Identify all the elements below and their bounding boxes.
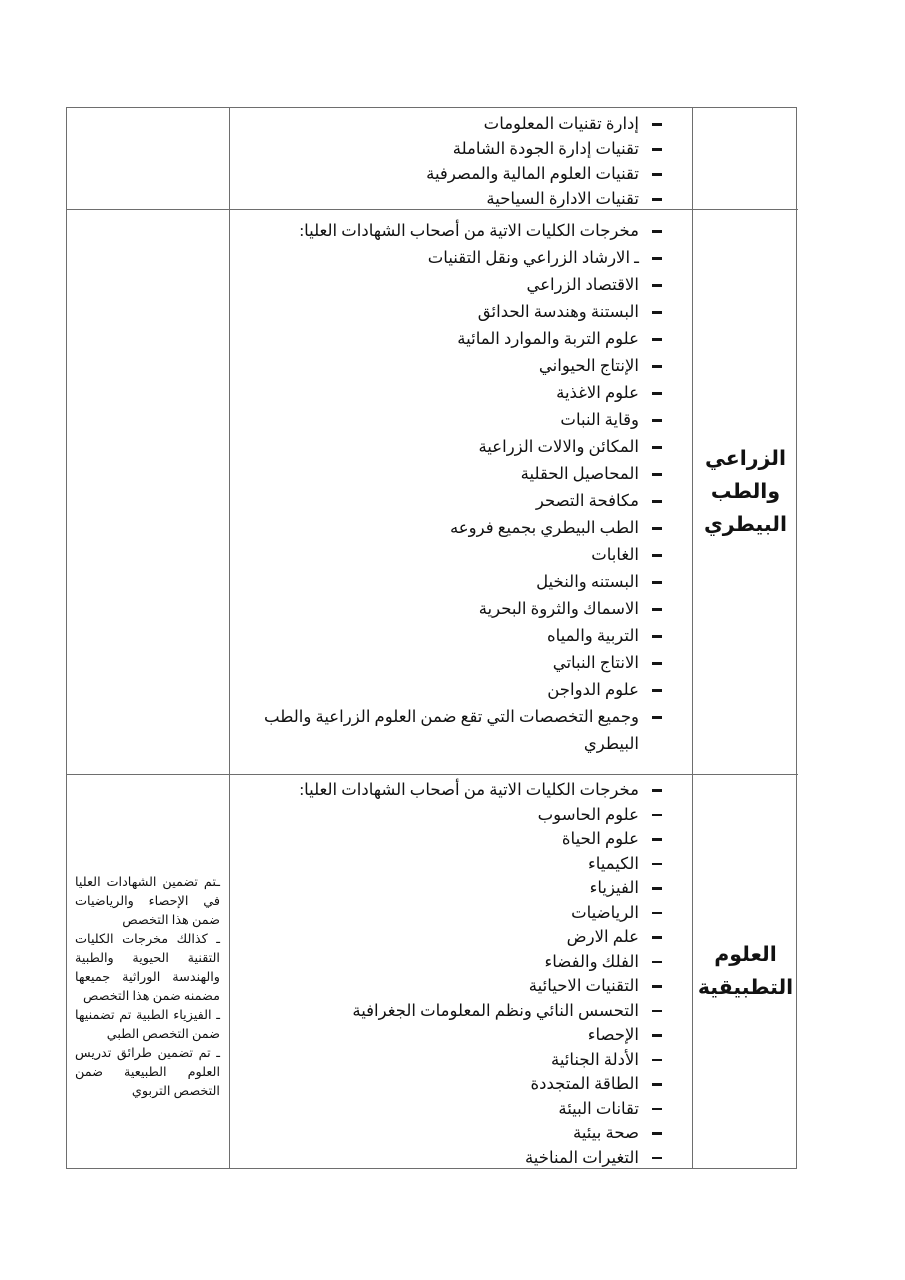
bullet-dash-icon	[652, 311, 662, 314]
list-item-text: مكافحة التصحر	[240, 487, 639, 514]
list-item-text: الاسماك والثروة البحرية	[240, 595, 639, 622]
bullet-dash-icon	[652, 789, 662, 792]
note-paragraph: ـ كذالك مخرجات الكليات التقنية الحيوية و…	[75, 930, 220, 1006]
list-item: علوم التربة والموارد المائية	[230, 325, 692, 352]
list-item-text: الطاقة المتجددة	[240, 1072, 639, 1097]
list-item-text: الكيمياء	[240, 852, 639, 877]
bullet-dash-icon	[652, 527, 662, 530]
list-item: الاقتصاد الزراعي	[230, 271, 692, 298]
list-item-text: الفيزياء	[240, 876, 639, 901]
list-item-text: تقنيات الادارة السياحية	[240, 186, 639, 209]
list-item-text: علوم الحياة	[240, 827, 639, 852]
list-item: وقاية النبات	[230, 406, 692, 433]
specializations-list: إدارة تقنيات المعلوماتتقنيات إدارة الجود…	[229, 108, 692, 209]
list-item: الطب البيطري بجميع فروعه	[230, 514, 692, 541]
list-item: علوم الدواجن	[230, 676, 692, 703]
list-item: مخرجات الكليات الاتية من أصحاب الشهادات …	[230, 217, 692, 244]
list-item: تقانات البيئة	[230, 1097, 692, 1122]
bullet-dash-icon	[652, 936, 662, 939]
list-item: الغابات	[230, 541, 692, 568]
bullet-dash-icon	[652, 392, 662, 395]
list-item-text: علوم الاغذية	[240, 379, 639, 406]
list-item: المحاصيل الحقلية	[230, 460, 692, 487]
list-item-text: التربية والمياه	[240, 622, 639, 649]
list-item-text: صحة بيئية	[240, 1121, 639, 1146]
note-cell	[67, 209, 229, 774]
list-item: الكيمياء	[230, 852, 692, 877]
list-item: الرياضيات	[230, 901, 692, 926]
bullet-dash-icon	[652, 1059, 662, 1062]
bullet-dash-icon	[652, 1083, 662, 1086]
list-item: البستنة وهندسة الحدائق	[230, 298, 692, 325]
list-item-text: التقنيات الاحيائية	[240, 974, 639, 999]
bullet-dash-icon	[652, 1108, 662, 1111]
list-item: التقنيات الاحيائية	[230, 974, 692, 999]
category-cell	[692, 108, 798, 209]
bullet-dash-icon	[652, 814, 662, 817]
bullet-dash-icon	[652, 581, 662, 584]
bullet-dash-icon	[652, 123, 662, 126]
list-item: الأدلة الجنائية	[230, 1048, 692, 1073]
bullet-dash-icon	[652, 716, 662, 719]
list-item-text: علم الارض	[240, 925, 639, 950]
bullet-dash-icon	[652, 689, 662, 692]
list-item-text: الإنتاج الحيواني	[240, 352, 639, 379]
note-text-block: ـتم تضمين الشهادات العليا في الإحصاء وال…	[67, 873, 229, 1101]
list-item-text: الإحصاء	[240, 1023, 639, 1048]
list-item-text: الطب البيطري بجميع فروعه	[240, 514, 639, 541]
note-paragraph: ـ الفيزياء الطبية تم تضمنيها ضمن التخصص …	[75, 1006, 220, 1044]
note-paragraph: ـ تم تضمين طرائق تدريس العلوم الطبيعية ض…	[75, 1044, 220, 1101]
list-item-text: المكائن والالات الزراعية	[240, 433, 639, 460]
bullet-dash-icon	[652, 912, 662, 915]
qualifications-table: إدارة تقنيات المعلوماتتقنيات إدارة الجود…	[66, 107, 797, 1169]
bullet-dash-icon	[652, 1132, 662, 1135]
specializations-list: مخرجات الكليات الاتية من أصحاب الشهادات …	[229, 209, 692, 774]
bullet-dash-icon	[652, 1157, 662, 1160]
list-item-text: وقاية النبات	[240, 406, 639, 433]
list-item: علوم الحاسوب	[230, 803, 692, 828]
list-item: الطاقة المتجددة	[230, 1072, 692, 1097]
bullet-dash-icon	[652, 1010, 662, 1013]
category-cell: العلوم التطبيقية	[692, 774, 798, 1168]
list-item: الإحصاء	[230, 1023, 692, 1048]
list-item-text: الفلك والفضاء	[240, 950, 639, 975]
list-item-text: علوم الحاسوب	[240, 803, 639, 828]
bullet-dash-icon	[652, 554, 662, 557]
list-item: علوم الحياة	[230, 827, 692, 852]
list-item-text: علوم التربة والموارد المائية	[240, 325, 639, 352]
list-item-text: الأدلة الجنائية	[240, 1048, 639, 1073]
list-item: الانتاج النباتي	[230, 649, 692, 676]
list-item-text: الرياضيات	[240, 901, 639, 926]
bullet-dash-icon	[652, 608, 662, 611]
list-item: التحسس النائي ونظم المعلومات الجغرافية	[230, 999, 692, 1024]
list-item-text: البستنه والنخيل	[240, 568, 639, 595]
list-item-text: تقانات البيئة	[240, 1097, 639, 1122]
list-item-text: الغابات	[240, 541, 639, 568]
list-item-text: مخرجات الكليات الاتية من أصحاب الشهادات …	[240, 217, 639, 244]
note-cell	[67, 108, 229, 209]
list-item: تقنيات إدارة الجودة الشاملة	[230, 136, 692, 161]
note-cell: ـتم تضمين الشهادات العليا في الإحصاء وال…	[67, 774, 229, 1168]
list-item-text: البستنة وهندسة الحدائق	[240, 298, 639, 325]
bullet-dash-icon	[652, 985, 662, 988]
bullet-dash-icon	[652, 419, 662, 422]
category-label: الزراعي والطب البيطري	[693, 443, 798, 542]
list-item: تقنيات الادارة السياحية	[230, 186, 692, 209]
bullet-dash-icon	[652, 338, 662, 341]
category-label: العلوم التطبيقية	[692, 939, 798, 1005]
bullet-dash-icon	[652, 1034, 662, 1037]
list-item: صحة بيئية	[230, 1121, 692, 1146]
list-item-text: وجميع التخصصات التي تقع ضمن العلوم الزرا…	[240, 703, 639, 757]
list-item: وجميع التخصصات التي تقع ضمن العلوم الزرا…	[230, 703, 692, 757]
list-item: علوم الاغذية	[230, 379, 692, 406]
list-item-text: التغيرات المناخية	[240, 1146, 639, 1169]
list-item: علم الارض	[230, 925, 692, 950]
list-item-text: الاقتصاد الزراعي	[240, 271, 639, 298]
bullet-dash-icon	[652, 662, 662, 665]
bullet-dash-icon	[652, 198, 662, 201]
bullet-dash-icon	[652, 446, 662, 449]
list-item-text: ـ الارشاد الزراعي ونقل التقنيات	[240, 244, 639, 271]
list-item: ـ الارشاد الزراعي ونقل التقنيات	[230, 244, 692, 271]
list-item: الفلك والفضاء	[230, 950, 692, 975]
list-item: المكائن والالات الزراعية	[230, 433, 692, 460]
bullet-dash-icon	[652, 148, 662, 151]
list-item: تقنيات العلوم المالية والمصرفية	[230, 161, 692, 186]
list-item-text: تقنيات إدارة الجودة الشاملة	[240, 136, 639, 161]
bullet-dash-icon	[652, 635, 662, 638]
bullet-dash-icon	[652, 473, 662, 476]
list-item-text: علوم الدواجن	[240, 676, 639, 703]
list-item: إدارة تقنيات المعلومات	[230, 111, 692, 136]
specializations-list: مخرجات الكليات الاتية من أصحاب الشهادات …	[229, 774, 692, 1168]
list-item: التغيرات المناخية	[230, 1146, 692, 1169]
list-item-text: المحاصيل الحقلية	[240, 460, 639, 487]
bullet-dash-icon	[652, 961, 662, 964]
list-item: الفيزياء	[230, 876, 692, 901]
bullet-dash-icon	[652, 887, 662, 890]
note-paragraph: ـتم تضمين الشهادات العليا في الإحصاء وال…	[75, 873, 220, 930]
list-item: الاسماك والثروة البحرية	[230, 595, 692, 622]
bullet-dash-icon	[652, 230, 662, 233]
bullet-dash-icon	[652, 365, 662, 368]
list-item-text: إدارة تقنيات المعلومات	[240, 111, 639, 136]
bullet-dash-icon	[652, 838, 662, 841]
bullet-dash-icon	[652, 500, 662, 503]
list-item: التربية والمياه	[230, 622, 692, 649]
list-item-text: الانتاج النباتي	[240, 649, 639, 676]
list-item-text: مخرجات الكليات الاتية من أصحاب الشهادات …	[240, 778, 639, 803]
bullet-dash-icon	[652, 863, 662, 866]
list-item: مخرجات الكليات الاتية من أصحاب الشهادات …	[230, 778, 692, 803]
category-cell: الزراعي والطب البيطري	[692, 209, 798, 774]
list-item-text: تقنيات العلوم المالية والمصرفية	[240, 161, 639, 186]
list-item: مكافحة التصحر	[230, 487, 692, 514]
list-item-text: التحسس النائي ونظم المعلومات الجغرافية	[240, 999, 639, 1024]
bullet-dash-icon	[652, 257, 662, 260]
bullet-dash-icon	[652, 284, 662, 287]
list-item: البستنه والنخيل	[230, 568, 692, 595]
list-item: الإنتاج الحيواني	[230, 352, 692, 379]
bullet-dash-icon	[652, 173, 662, 176]
